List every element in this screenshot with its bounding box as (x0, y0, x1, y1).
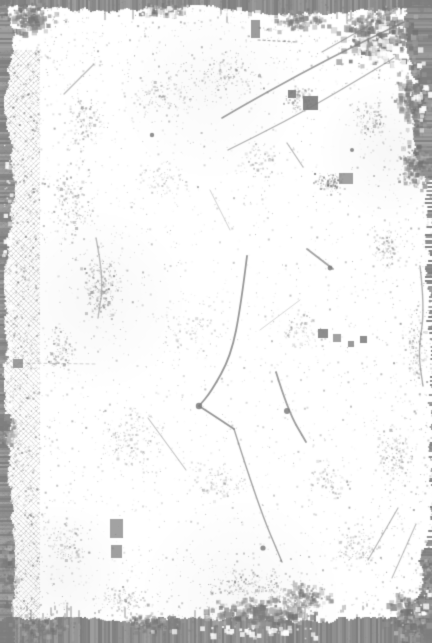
grunge-texture (0, 0, 432, 643)
grunge-texture-canvas (0, 0, 432, 643)
